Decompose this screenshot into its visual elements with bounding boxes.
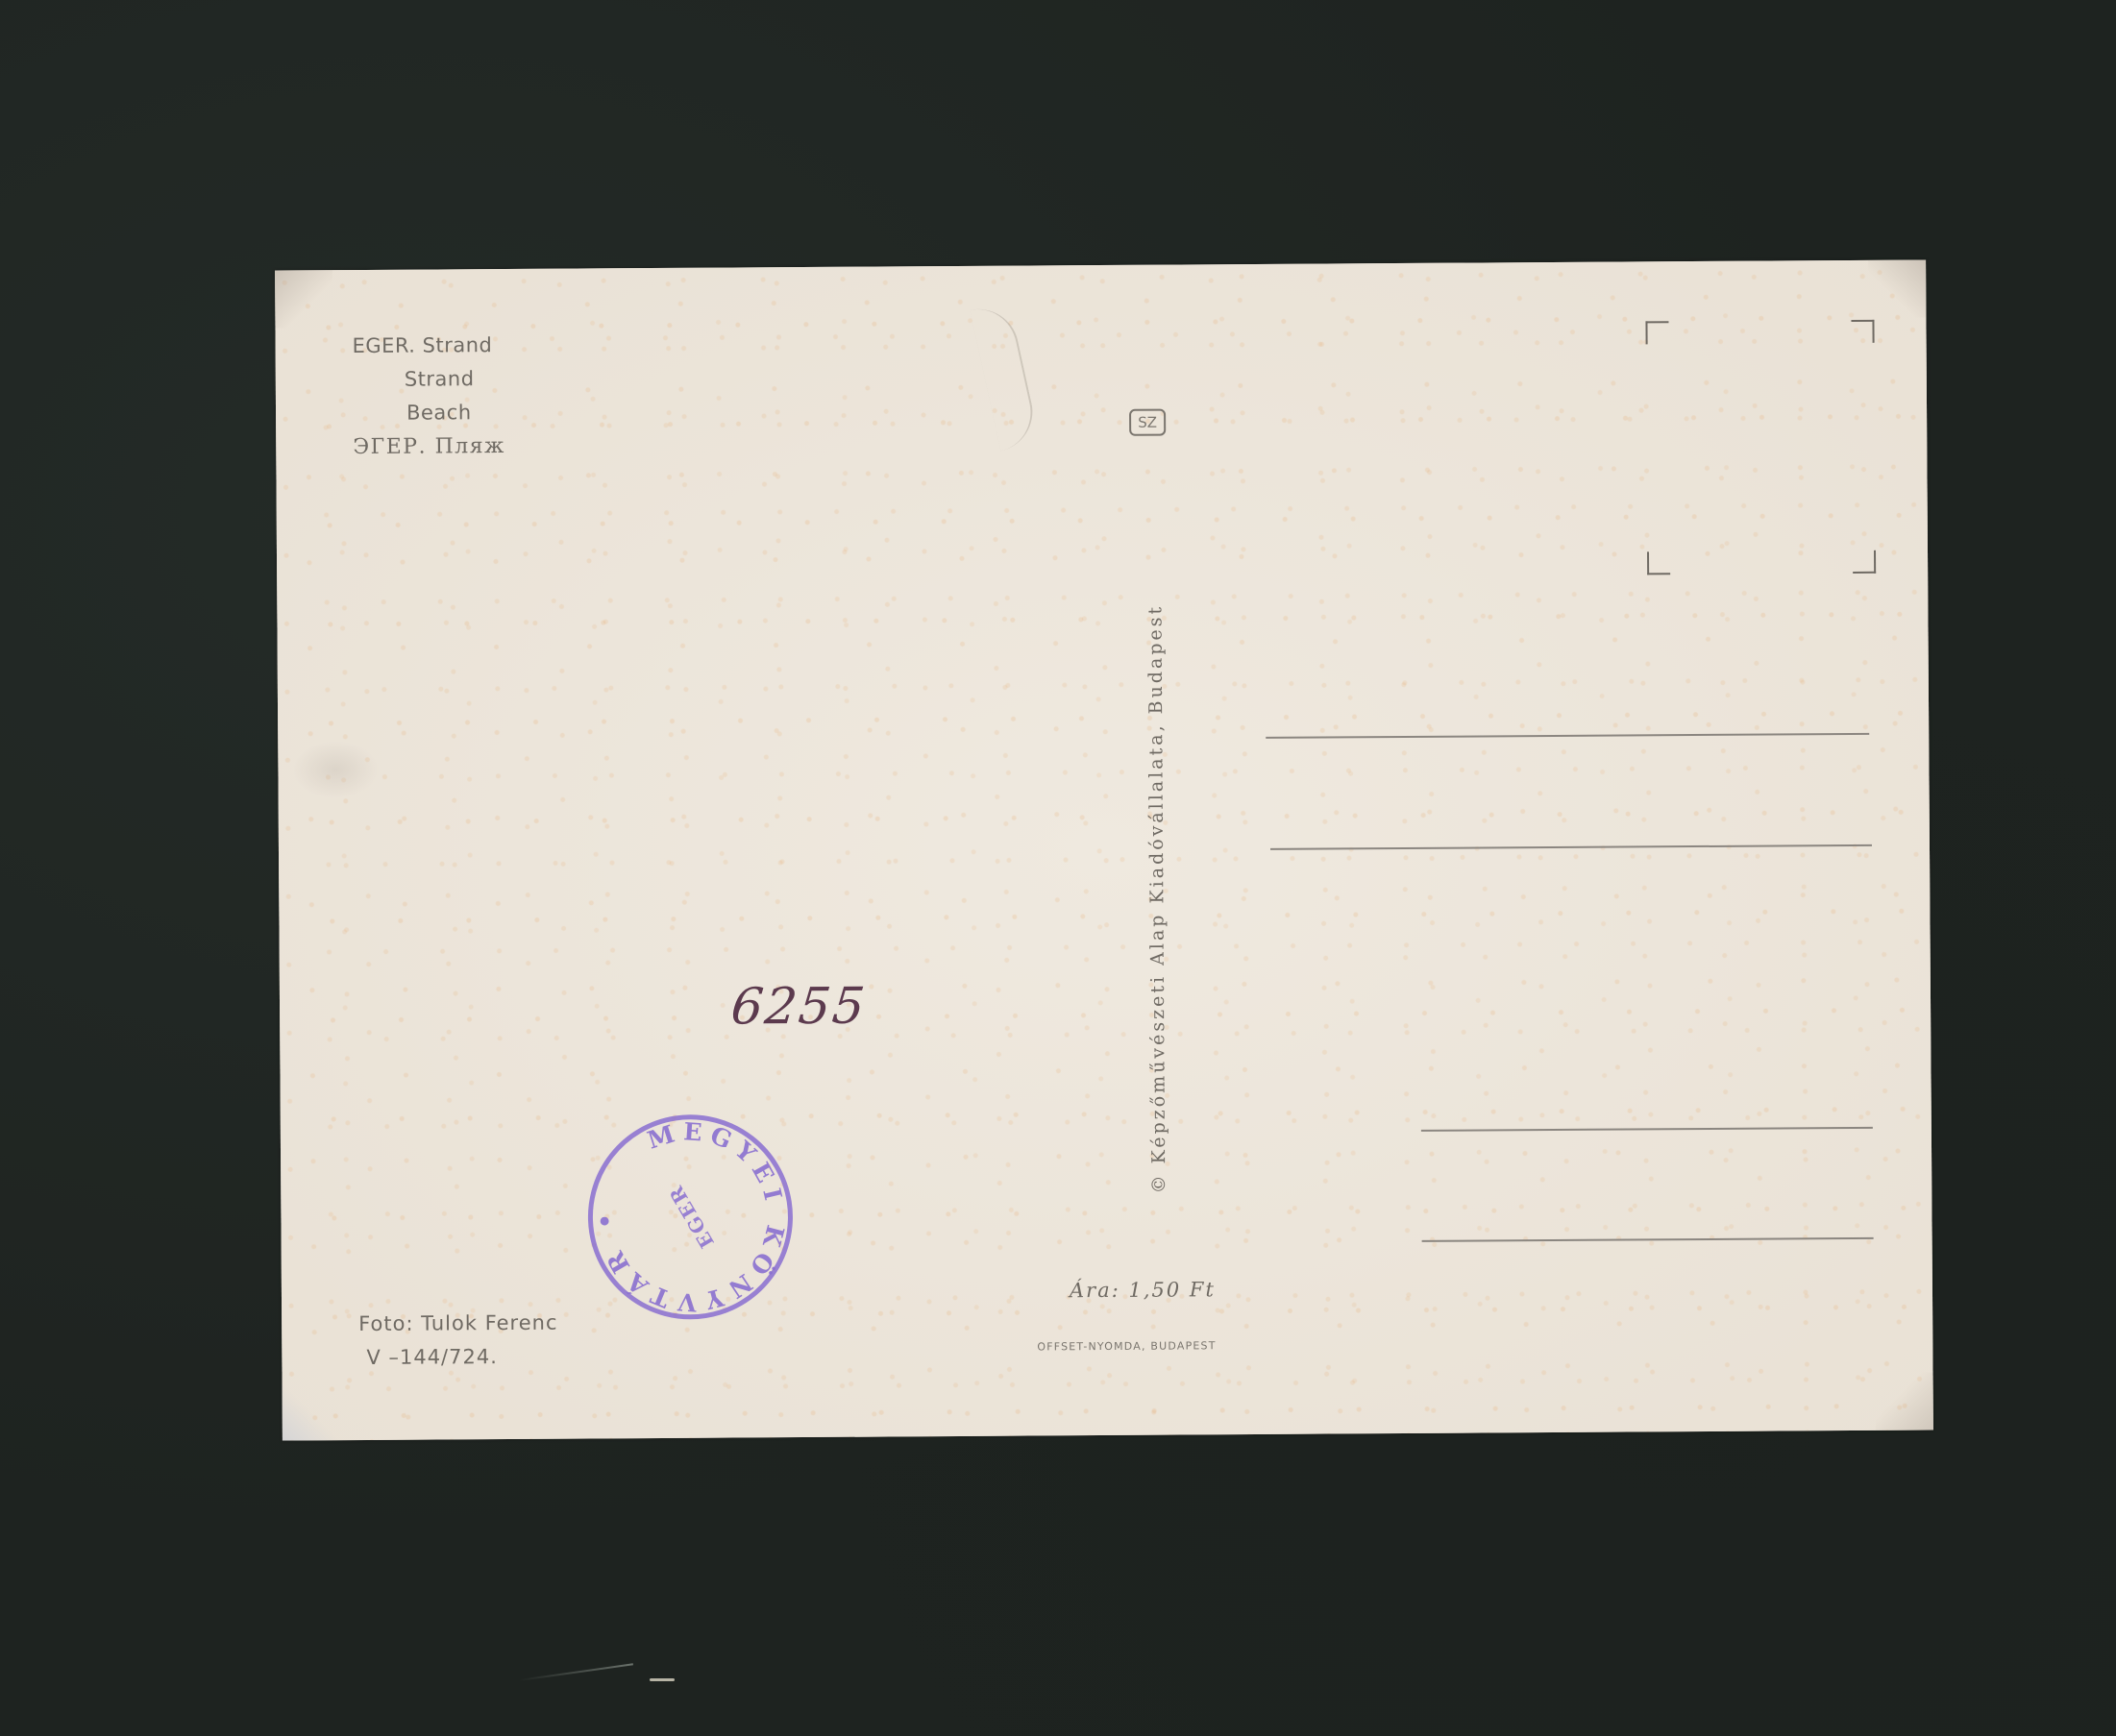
address-line bbox=[1270, 844, 1872, 850]
publisher-logo: SZ bbox=[1129, 409, 1166, 436]
printer-imprint: OFFSET-NYOMDA, BUDAPEST bbox=[1037, 1339, 1216, 1353]
photo-credit: Foto: Tulok Ferenc bbox=[358, 1307, 558, 1341]
address-line bbox=[1266, 733, 1869, 739]
caption-title-russian: ЭГЕР. Пляж bbox=[353, 429, 505, 464]
address-line bbox=[1421, 1127, 1873, 1132]
price-label: Ára: 1,50 Ft bbox=[1070, 1278, 1216, 1302]
handwritten-inventory-number: 6255 bbox=[728, 978, 869, 1037]
caption-title-english: Beach bbox=[406, 396, 472, 429]
caption-title-german: Strand bbox=[405, 362, 475, 396]
stamp-box-corner-bottom-left bbox=[1647, 551, 1670, 575]
corner-wear bbox=[1876, 1372, 1933, 1430]
publisher-imprint: © Képzőművészeti Alap Kiadóvállalata, Bu… bbox=[1141, 515, 1174, 1284]
series-number: V –144/724. bbox=[366, 1340, 498, 1375]
paper-crease bbox=[970, 302, 1040, 452]
paper-smudge bbox=[292, 741, 379, 799]
background-speck bbox=[650, 1678, 675, 1681]
library-stamp-graphic: MEGYEI KÖNYVTÁR • EGER bbox=[546, 1072, 835, 1361]
stamp-box-corner-bottom-right bbox=[1853, 550, 1876, 574]
stamp-center-text: EGER bbox=[664, 1181, 719, 1252]
stamp-box-corner-top-right bbox=[1851, 320, 1874, 343]
corner-wear bbox=[283, 1382, 340, 1440]
stamp-box-corner-top-left bbox=[1645, 321, 1668, 344]
corner-wear bbox=[1868, 259, 1926, 317]
background-scratch bbox=[519, 1663, 633, 1681]
address-line bbox=[1422, 1237, 1874, 1242]
caption-title-hungarian: EGER. Strand bbox=[352, 329, 492, 363]
postcard: EGER. Strand Strand Beach ЭГЕР. Пляж 625… bbox=[275, 259, 1933, 1440]
corner-wear bbox=[275, 270, 332, 328]
library-stamp: MEGYEI KÖNYVTÁR • EGER bbox=[546, 1072, 835, 1361]
